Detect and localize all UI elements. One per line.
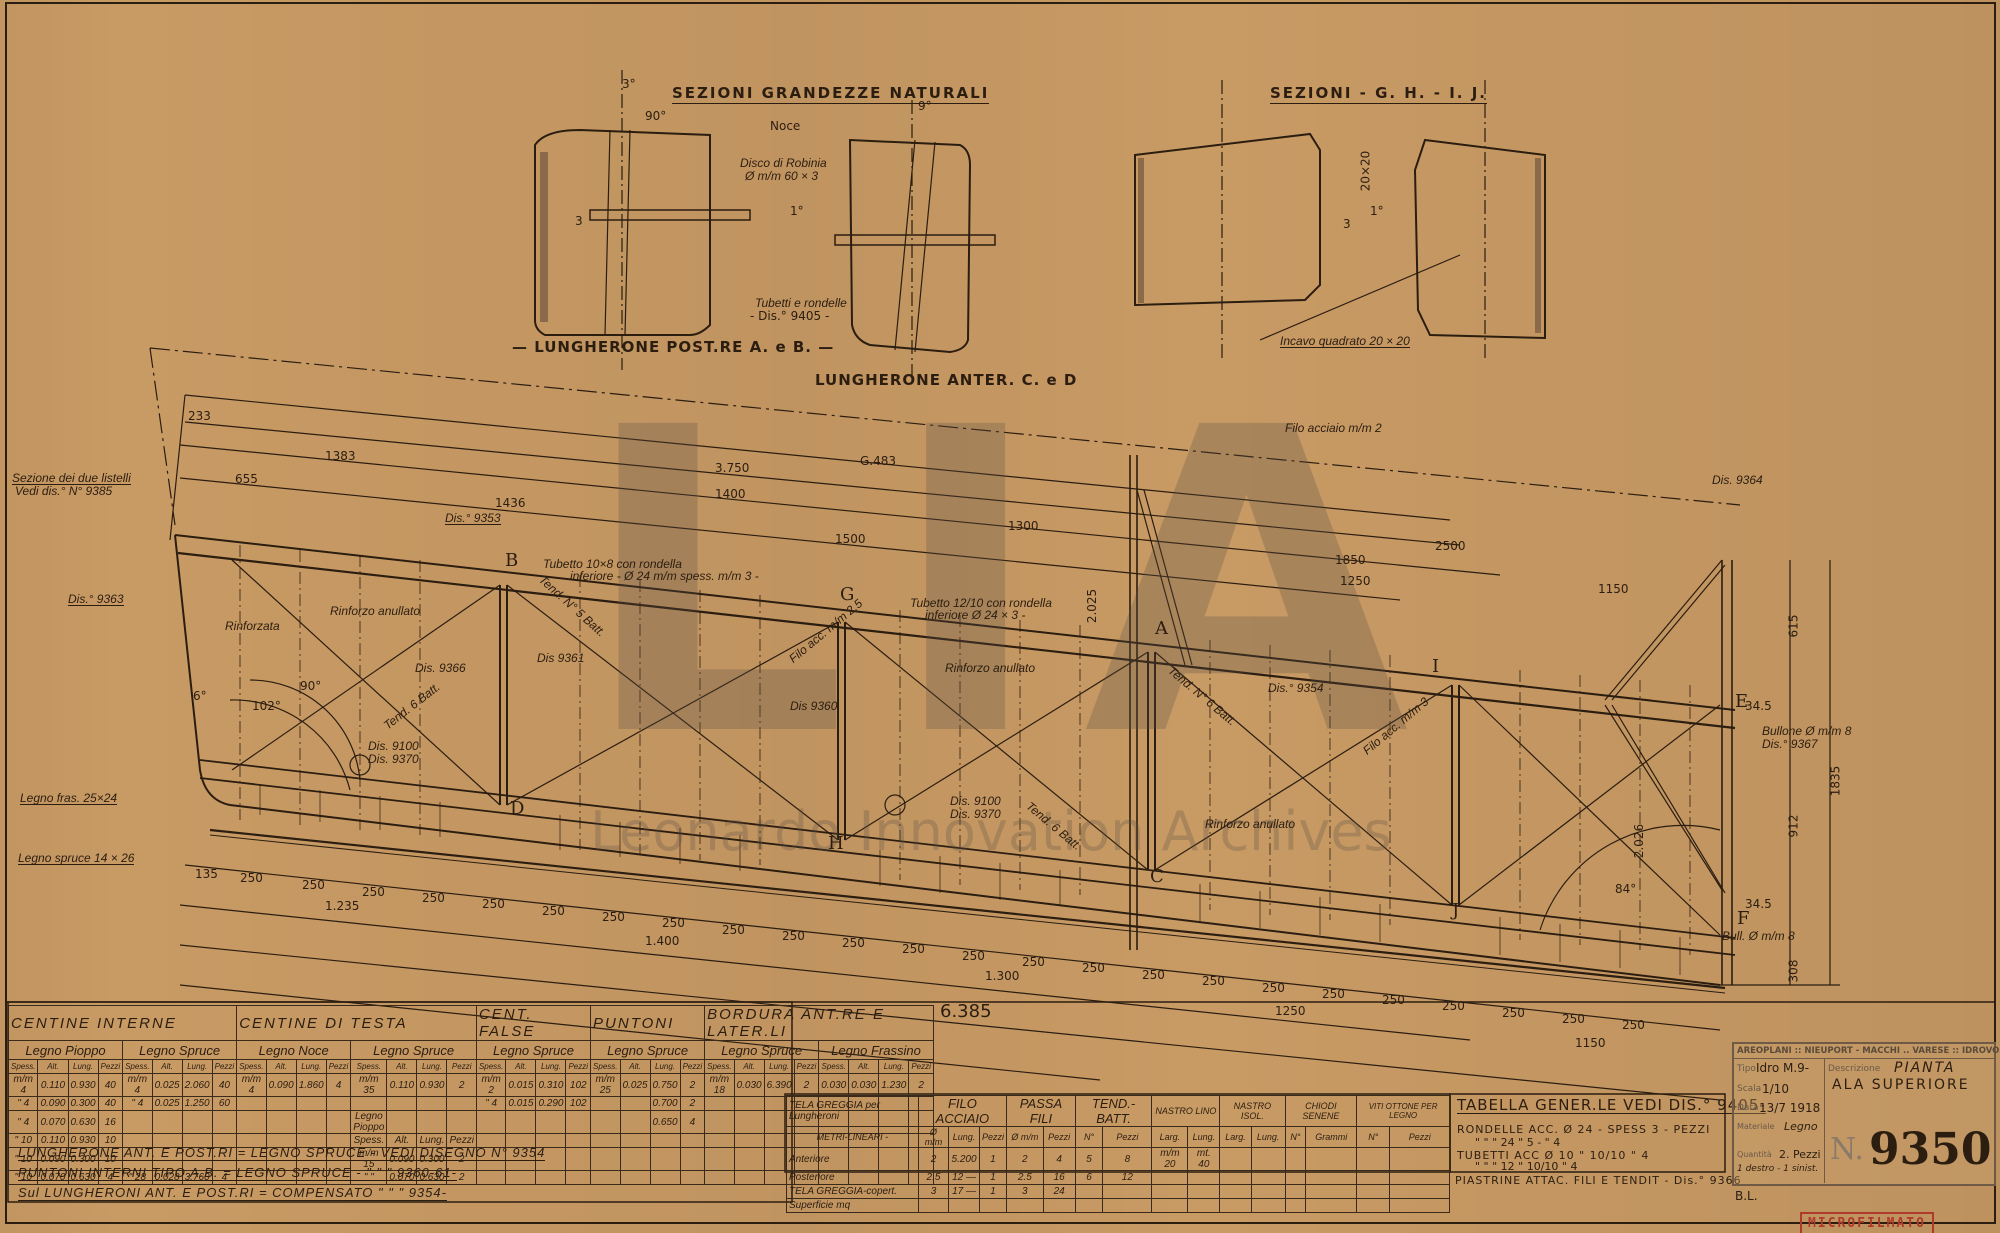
table-cell <box>1285 1148 1306 1171</box>
label-bullone: Bullone Ø m/m 8 <box>1762 725 1851 737</box>
dim-250: 250 <box>1202 975 1225 987</box>
dim-250: 250 <box>422 892 445 904</box>
table-cell <box>152 1111 182 1134</box>
table-cell <box>949 1199 979 1213</box>
dim-3750: 3.750 <box>715 462 749 474</box>
column-header: N° <box>1357 1127 1390 1148</box>
dim-gh-1: 1° <box>1370 205 1384 217</box>
table-cell <box>620 1134 650 1148</box>
table-row: m/m 40.1100.93040m/m 40.0252.06040m/m 40… <box>9 1074 934 1097</box>
table-cell: 40 <box>212 1074 237 1097</box>
table-cell <box>591 1148 620 1171</box>
table-cell: 2.060 <box>182 1074 212 1097</box>
fabric-subheaders: METRI-LINEARI -Ø m/mLung.PezziØ m/mPezzi… <box>787 1127 1450 1148</box>
angle-102: 102° <box>252 700 281 712</box>
column-header: Pezzi <box>979 1127 1006 1148</box>
dim-1150-top: 1150 <box>1598 583 1629 595</box>
table-cell: Posteriore <box>787 1171 919 1185</box>
node-h: H <box>828 835 844 853</box>
column-header: Spess. <box>591 1060 620 1074</box>
column-header: Lung. <box>536 1060 566 1074</box>
table-cell: 0.090 <box>266 1074 296 1097</box>
dim-250: 250 <box>722 924 745 936</box>
dim-250: 250 <box>902 943 925 955</box>
table-cell <box>566 1148 591 1171</box>
table-cell <box>591 1134 620 1148</box>
column-header: Lung. <box>650 1060 680 1074</box>
table-cell <box>296 1097 326 1111</box>
dim-233: 233 <box>188 410 211 422</box>
materiale-label: Materiale <box>1737 1122 1774 1131</box>
label-dis-9360: Dis 9360 <box>790 700 837 712</box>
table-cell: 12 — <box>949 1171 979 1185</box>
column-header: Pezzi <box>1103 1127 1152 1148</box>
table-cell: 2 <box>1007 1148 1043 1171</box>
table-cell: 0.025 <box>620 1074 650 1097</box>
table-cell: 2 <box>680 1074 705 1097</box>
table-cell <box>237 1097 266 1111</box>
column-header: Pezzi <box>794 1060 819 1074</box>
column-header: Alt. <box>152 1060 182 1074</box>
column-header: Pezzi <box>447 1060 476 1074</box>
table-cell <box>1220 1148 1251 1171</box>
table-cell: 102 <box>566 1097 591 1111</box>
table-cell: m/m 35 <box>351 1074 387 1097</box>
label-disco-2: Ø m/m 60 × 3 <box>745 170 818 182</box>
table-cell: m/m 20 <box>1152 1148 1188 1171</box>
data-label: Data <box>1737 1103 1759 1113</box>
label-tubetto-2b: inferiore Ø 24 × 3 - <box>925 609 1025 621</box>
label-rinforzata: Rinforzata <box>225 620 280 632</box>
dim-308: 308 <box>1787 960 1799 983</box>
table-cell: 1 <box>979 1185 1006 1199</box>
table-cell <box>447 1111 476 1134</box>
label-dis-9100: Dis. 9100 <box>368 740 419 752</box>
label-disco-1: Disco di Robinia <box>740 157 827 169</box>
table-cell: Legno Pioppo <box>351 1111 387 1134</box>
table-cell <box>734 1171 764 1185</box>
tipo-value: Idro M.9- <box>1756 1061 1809 1075</box>
table-cell <box>447 1097 476 1111</box>
table-cell: 0.030 <box>734 1074 764 1097</box>
table-cell: 0.110 <box>38 1074 68 1097</box>
fabric-head: NASTRO LINO <box>1152 1096 1220 1127</box>
table-cell: 0.630 <box>68 1111 98 1134</box>
table-cell <box>1251 1171 1285 1185</box>
label-dis-9370-b: Dis. 9370 <box>950 808 1001 820</box>
dim-135: 135 <box>195 868 218 880</box>
table-cell: 60 <box>212 1097 237 1111</box>
dim-20x20: 20×20 <box>1359 151 1371 192</box>
quantita-note: 1 destro - 1 sinist. <box>1737 1164 1818 1174</box>
table-cell <box>591 1171 620 1185</box>
table-cell: 0.930 <box>68 1074 98 1097</box>
angle-84: 84° <box>1615 883 1636 895</box>
column-header: Pezzi <box>326 1060 351 1074</box>
company-name: AREOPLANI :: NIEUPORT - MACCHI .. VARESE… <box>1737 1046 2000 1056</box>
group-cent-false: CENT. FALSE <box>476 1006 590 1041</box>
column-header: Lung. <box>68 1060 98 1074</box>
table-cell <box>1103 1185 1152 1199</box>
table-cell: 3 <box>1007 1185 1043 1199</box>
table-cell <box>620 1148 650 1171</box>
table-cell <box>918 1199 949 1213</box>
dim-345-e: 34.5 <box>1745 700 1772 712</box>
table-cell <box>734 1111 764 1134</box>
column-header: Lung. <box>296 1060 326 1074</box>
table-cell <box>1251 1148 1285 1171</box>
table-cell <box>266 1097 296 1111</box>
column-header: Spess. <box>237 1060 266 1074</box>
angle-90: 90° <box>645 110 666 122</box>
table-cell <box>680 1134 705 1148</box>
table-cell: 4 <box>680 1111 705 1134</box>
dim-655: 655 <box>235 473 258 485</box>
table-cell: 0.070 <box>38 1111 68 1134</box>
table-cell: 0.930 <box>417 1074 447 1097</box>
column-header: Spess. <box>9 1060 38 1074</box>
label-legno-fras: Legno fras. 25×24 <box>20 792 117 805</box>
table-cell <box>1306 1148 1357 1171</box>
table-cell: 4 <box>1043 1148 1075 1171</box>
column-header: Pezzi <box>1390 1127 1450 1148</box>
table-cell <box>1357 1185 1390 1199</box>
table-cell <box>1285 1185 1306 1199</box>
dim-1500: 1500 <box>835 533 866 545</box>
node-f: F <box>1737 910 1750 928</box>
table-cell: 0.090 <box>38 1097 68 1111</box>
column-headers: Spess.Alt.Lung.PezziSpess.Alt.Lung.Pezzi… <box>9 1060 934 1074</box>
column-header: Alt. <box>849 1060 879 1074</box>
table-cell: 16 <box>98 1111 123 1134</box>
fabric-rows: Anteriore25.20012458m/m 20mt. 40Posterio… <box>787 1148 1450 1213</box>
fabric-table: TELA GREGGIA per Lungheroni FILO ACCIAIO… <box>786 1095 1450 1213</box>
table-cell: 3 <box>918 1185 949 1199</box>
fabric-head: TEND.-BATT. <box>1075 1096 1152 1127</box>
table-cell: 1.250 <box>182 1097 212 1111</box>
table-cell: 0.700 <box>650 1097 680 1111</box>
table-cell: 1.860 <box>296 1074 326 1097</box>
general-line-2: " " " 24 " 5 - " 4 <box>1475 1137 1560 1148</box>
table-cell <box>212 1111 237 1134</box>
table-cell <box>566 1171 591 1185</box>
dim-250: 250 <box>1322 988 1345 1000</box>
materiale-value: Legno <box>1784 1120 1818 1133</box>
label-noce: Noce <box>770 120 800 132</box>
scala-label: Scala <box>1737 1084 1761 1094</box>
table-cell: " 4 <box>9 1097 38 1111</box>
group-bordura: BORDURA ANT.RE E LATER.LI <box>705 1006 934 1041</box>
label-dis-9100-b: Dis. 9100 <box>950 795 1001 807</box>
table-cell: m/m 2 <box>476 1074 505 1097</box>
table-cell: 16 <box>1043 1171 1075 1185</box>
dim-2025: 2.025 <box>1086 589 1098 623</box>
table-cell: 2 <box>447 1074 476 1097</box>
table-cell <box>417 1111 447 1134</box>
table-cell: 12 <box>1103 1171 1152 1185</box>
angle-90-plan: 90° <box>300 680 321 692</box>
fabric-head: TELA GREGGIA per Lungheroni <box>787 1096 919 1127</box>
table-cell <box>620 1097 650 1111</box>
microfilm-stamp: MICROFILMATO <box>1800 1212 1934 1233</box>
dim-1400-bottom: 1.400 <box>645 935 679 947</box>
column-header: Pezzi <box>1043 1127 1075 1148</box>
dim-1250-bottom: 1250 <box>1275 1005 1306 1017</box>
label-incavo: Incavo quadrato 20 × 20 <box>1280 335 1410 348</box>
dim-250: 250 <box>1382 994 1405 1006</box>
table-cell: 2 <box>918 1148 949 1171</box>
table-cell <box>620 1111 650 1134</box>
dim-1deg: 1° <box>790 205 804 217</box>
spar-post-label: — LUNGHERONE POST.RE A. e B. — <box>512 340 834 355</box>
table-cell: 2 <box>680 1097 705 1111</box>
column-header: N° <box>1285 1127 1306 1148</box>
table-cell: " 4 <box>123 1097 152 1111</box>
table-cell <box>650 1171 680 1185</box>
section-gh <box>1135 80 1320 360</box>
table-cell: 2.5 <box>918 1171 949 1185</box>
dim-gh-3: 3 <box>1343 218 1351 230</box>
column-header: Lung. <box>764 1060 794 1074</box>
label-bull: Bull. Ø m/m 8 <box>1722 930 1795 942</box>
table-cell: 0.015 <box>506 1097 536 1111</box>
column-header: Pezzi <box>212 1060 237 1074</box>
label-dis-9364: Dis. 9364 <box>1712 474 1763 486</box>
table-cell <box>650 1148 680 1171</box>
blueprint-sheet: LIA Leonardo Innovation Archives SEZIONI… <box>0 0 2000 1233</box>
dim-3: 3 <box>575 215 583 227</box>
table-cell: 8 <box>1103 1148 1152 1171</box>
dim-250: 250 <box>1562 1013 1585 1025</box>
table-cell <box>1220 1171 1251 1185</box>
table-cell <box>536 1111 566 1134</box>
table-cell: " 4 <box>476 1097 505 1111</box>
table-cell <box>1188 1171 1220 1185</box>
dim-1400: 1400 <box>715 488 746 500</box>
sections-natural-title: SEZIONI GRANDEZZE NATURALI <box>672 86 989 104</box>
label-rinforzo-anullato-3: Rinforzo anullato <box>1205 818 1295 830</box>
table-cell <box>1188 1199 1220 1213</box>
table-cell: 0.025 <box>152 1097 182 1111</box>
table-cell <box>705 1134 734 1148</box>
table-cell <box>296 1111 326 1134</box>
column-header: Alt. <box>506 1060 536 1074</box>
dim-250: 250 <box>782 930 805 942</box>
column-header: Lung. <box>417 1060 447 1074</box>
label-legno-spruce: Legno spruce 14 × 26 <box>18 852 134 865</box>
table-cell <box>566 1134 591 1148</box>
dim-1150-bottom: 1150 <box>1575 1037 1606 1049</box>
table-cell <box>979 1199 1006 1213</box>
table-cell <box>1152 1199 1188 1213</box>
table-cell <box>536 1171 566 1185</box>
wood-header: Legno Spruce <box>123 1041 237 1060</box>
label-dis-9354: Dis.° 9354 <box>1268 682 1324 694</box>
table-cell: 17 — <box>949 1185 979 1199</box>
dim-250: 250 <box>1082 962 1105 974</box>
dim-1850: 1850 <box>1335 554 1366 566</box>
wood-header: Legno Spruce <box>351 1041 477 1060</box>
dim-250: 250 <box>362 886 385 898</box>
dim-250: 250 <box>482 898 505 910</box>
table-cell <box>326 1111 351 1134</box>
watermark-logo: LIA <box>580 340 1449 829</box>
dim-250: 250 <box>1442 1000 1465 1012</box>
angle-3: 3° <box>622 78 636 90</box>
table-cell <box>351 1097 387 1111</box>
table-cell <box>1306 1171 1357 1185</box>
group-centine-interne: CENTINE INTERNE <box>9 1006 237 1041</box>
table-cell: 6.390 <box>764 1074 794 1097</box>
table-cell: m/m 4 <box>9 1074 38 1097</box>
dim-1250-top: 1250 <box>1340 575 1371 587</box>
general-line-1: RONDELLE ACC. Ø 24 - SPESS 3 - PEZZI <box>1457 1124 1710 1135</box>
table-row: Anteriore25.20012458m/m 20mt. 40 <box>787 1148 1450 1171</box>
column-header: Pezzi <box>909 1060 934 1074</box>
table-cell: mt. 40 <box>1188 1148 1220 1171</box>
label-filo-acciaio: Filo acciaio m/m 2 <box>1285 422 1382 434</box>
note-puntoni: PUNTONI INTERNI TIPO A.B. = LEGNO SPRUCE… <box>18 1165 457 1181</box>
initials: B.L. <box>1735 1190 1758 1202</box>
label-tubetti-2: - Dis.° 9405 - <box>750 310 829 322</box>
descrizione-line-2: ALA SUPERIORE <box>1832 1077 1970 1093</box>
table-cell <box>1306 1185 1357 1199</box>
table-cell: 2.5 <box>1007 1171 1043 1185</box>
table-cell: m/m 4 <box>123 1074 152 1097</box>
table-cell <box>1357 1199 1390 1213</box>
dim-250: 250 <box>962 950 985 962</box>
table-cell <box>680 1148 705 1171</box>
table-cell <box>705 1148 734 1171</box>
column-header: Pezzi <box>566 1060 591 1074</box>
column-header: Spess. <box>351 1060 387 1074</box>
section-post-spar <box>535 70 750 370</box>
column-header: Spess. <box>476 1060 505 1074</box>
column-header: Lung. <box>949 1127 979 1148</box>
dim-250: 250 <box>662 917 685 929</box>
table-cell <box>1390 1148 1450 1171</box>
table-cell: 2 <box>909 1074 934 1097</box>
table-cell <box>1390 1199 1450 1213</box>
column-header: Alt. <box>266 1060 296 1074</box>
table-cell <box>1075 1185 1102 1199</box>
general-line-5: PIASTRINE ATTAC. FILI E TENDIT - Dis.° 9… <box>1455 1175 1742 1186</box>
table-cell <box>1220 1185 1251 1199</box>
fabric-head: VITI OTTONE PER LEGNO <box>1357 1096 1450 1127</box>
dim-250: 250 <box>1622 1019 1645 1031</box>
table-cell: m/m 25 <box>591 1074 620 1097</box>
table-cell <box>1152 1171 1188 1185</box>
table-cell <box>417 1097 447 1111</box>
column-header: Spess. <box>819 1060 849 1074</box>
node-c: C <box>1150 868 1164 886</box>
label-dis-9370: Dis. 9370 <box>368 753 419 765</box>
table-cell: 0.015 <box>506 1074 536 1097</box>
table-cell: TELA GREGGIA-copert. <box>787 1185 919 1199</box>
table-cell: 0.750 <box>650 1074 680 1097</box>
label-dis-9363: Dis.° 9363 <box>68 593 124 606</box>
dim-1235: 1.235 <box>325 900 359 912</box>
node-j: J <box>1452 902 1459 920</box>
table-cell <box>1306 1199 1357 1213</box>
section-ij <box>1415 80 1545 360</box>
wood-header: Legno Noce <box>237 1041 351 1060</box>
table-cell: 0.650 <box>650 1111 680 1134</box>
column-header: Lung. <box>1188 1127 1220 1148</box>
table-cell <box>1043 1199 1075 1213</box>
dim-1835: 1835 <box>1829 766 1841 797</box>
table-cell <box>1357 1171 1390 1185</box>
table-cell: 5.200 <box>949 1148 979 1171</box>
column-header: Lung. <box>879 1060 909 1074</box>
table-row: Superficie mq <box>787 1199 1450 1213</box>
column-header: Alt. <box>38 1060 68 1074</box>
group-puntoni: PUNTONI <box>591 1006 705 1041</box>
table-cell: 0.025 <box>152 1074 182 1097</box>
table-cell <box>1251 1185 1285 1199</box>
table-cell: m/m 4 <box>237 1074 266 1097</box>
numero-prefix: N. <box>1830 1132 1864 1167</box>
table-cell <box>1390 1185 1450 1199</box>
table-cell: " 4 <box>9 1111 38 1134</box>
angle-9: 9° <box>918 100 932 112</box>
dim-250: 250 <box>1262 982 1285 994</box>
table-cell <box>734 1148 764 1171</box>
scala-value: 1/10 <box>1762 1082 1789 1096</box>
label-tubetti-1: Tubetti e rondelle <box>755 297 847 309</box>
table-cell <box>591 1111 620 1134</box>
table-cell: 2 <box>794 1074 819 1097</box>
wood-header: Legno Spruce <box>591 1041 705 1060</box>
column-header: Spess. <box>123 1060 152 1074</box>
fabric-head: PASSA FILI <box>1007 1096 1076 1127</box>
general-line-4: " " " 12 " 10/10 " 4 <box>1475 1161 1577 1172</box>
column-header: Grammi <box>1306 1127 1357 1148</box>
dim-1383: 1383 <box>325 450 356 462</box>
table-cell <box>1103 1199 1152 1213</box>
dim-6483: G.483 <box>860 455 896 467</box>
table-row: TELA GREGGIA-copert.317 —1324 <box>787 1185 1450 1199</box>
dim-912: 912 <box>1787 815 1799 838</box>
table-cell: 4 <box>326 1074 351 1097</box>
table-cell <box>182 1111 212 1134</box>
quantita-value: 2. Pezzi <box>1779 1148 1821 1161</box>
table-cell <box>705 1171 734 1185</box>
node-b: B <box>505 552 518 570</box>
dim-250: 250 <box>542 905 565 917</box>
table-cell: 0.290 <box>536 1097 566 1111</box>
dim-250: 250 <box>842 937 865 949</box>
note-lungherone: LUNGHERONE ANT. E POST.RI = LEGNO SPRUCE… <box>18 1145 545 1161</box>
column-header: Lung. <box>1251 1127 1285 1148</box>
dim-250: 250 <box>240 872 263 884</box>
label-dis-9366: Dis. 9366 <box>415 662 466 674</box>
wood-header: Legno Spruce <box>476 1041 590 1060</box>
dim-250: 250 <box>1022 956 1045 968</box>
dim-615: 615 <box>1787 615 1799 638</box>
descrizione-label: Descrizione <box>1828 1064 1880 1074</box>
table-cell: 1 <box>979 1171 1006 1185</box>
table-cell: 0.310 <box>536 1074 566 1097</box>
table-cell: 1.230 <box>879 1074 909 1097</box>
label-dis-9353: Dis.° 9353 <box>445 512 501 525</box>
table-cell <box>237 1111 266 1134</box>
table-cell: 40 <box>98 1097 123 1111</box>
label-dis-9367: Dis.° 9367 <box>1762 738 1818 750</box>
column-header: METRI-LINEARI - <box>787 1127 919 1148</box>
table-cell <box>1357 1148 1390 1171</box>
table-cell <box>476 1171 505 1185</box>
